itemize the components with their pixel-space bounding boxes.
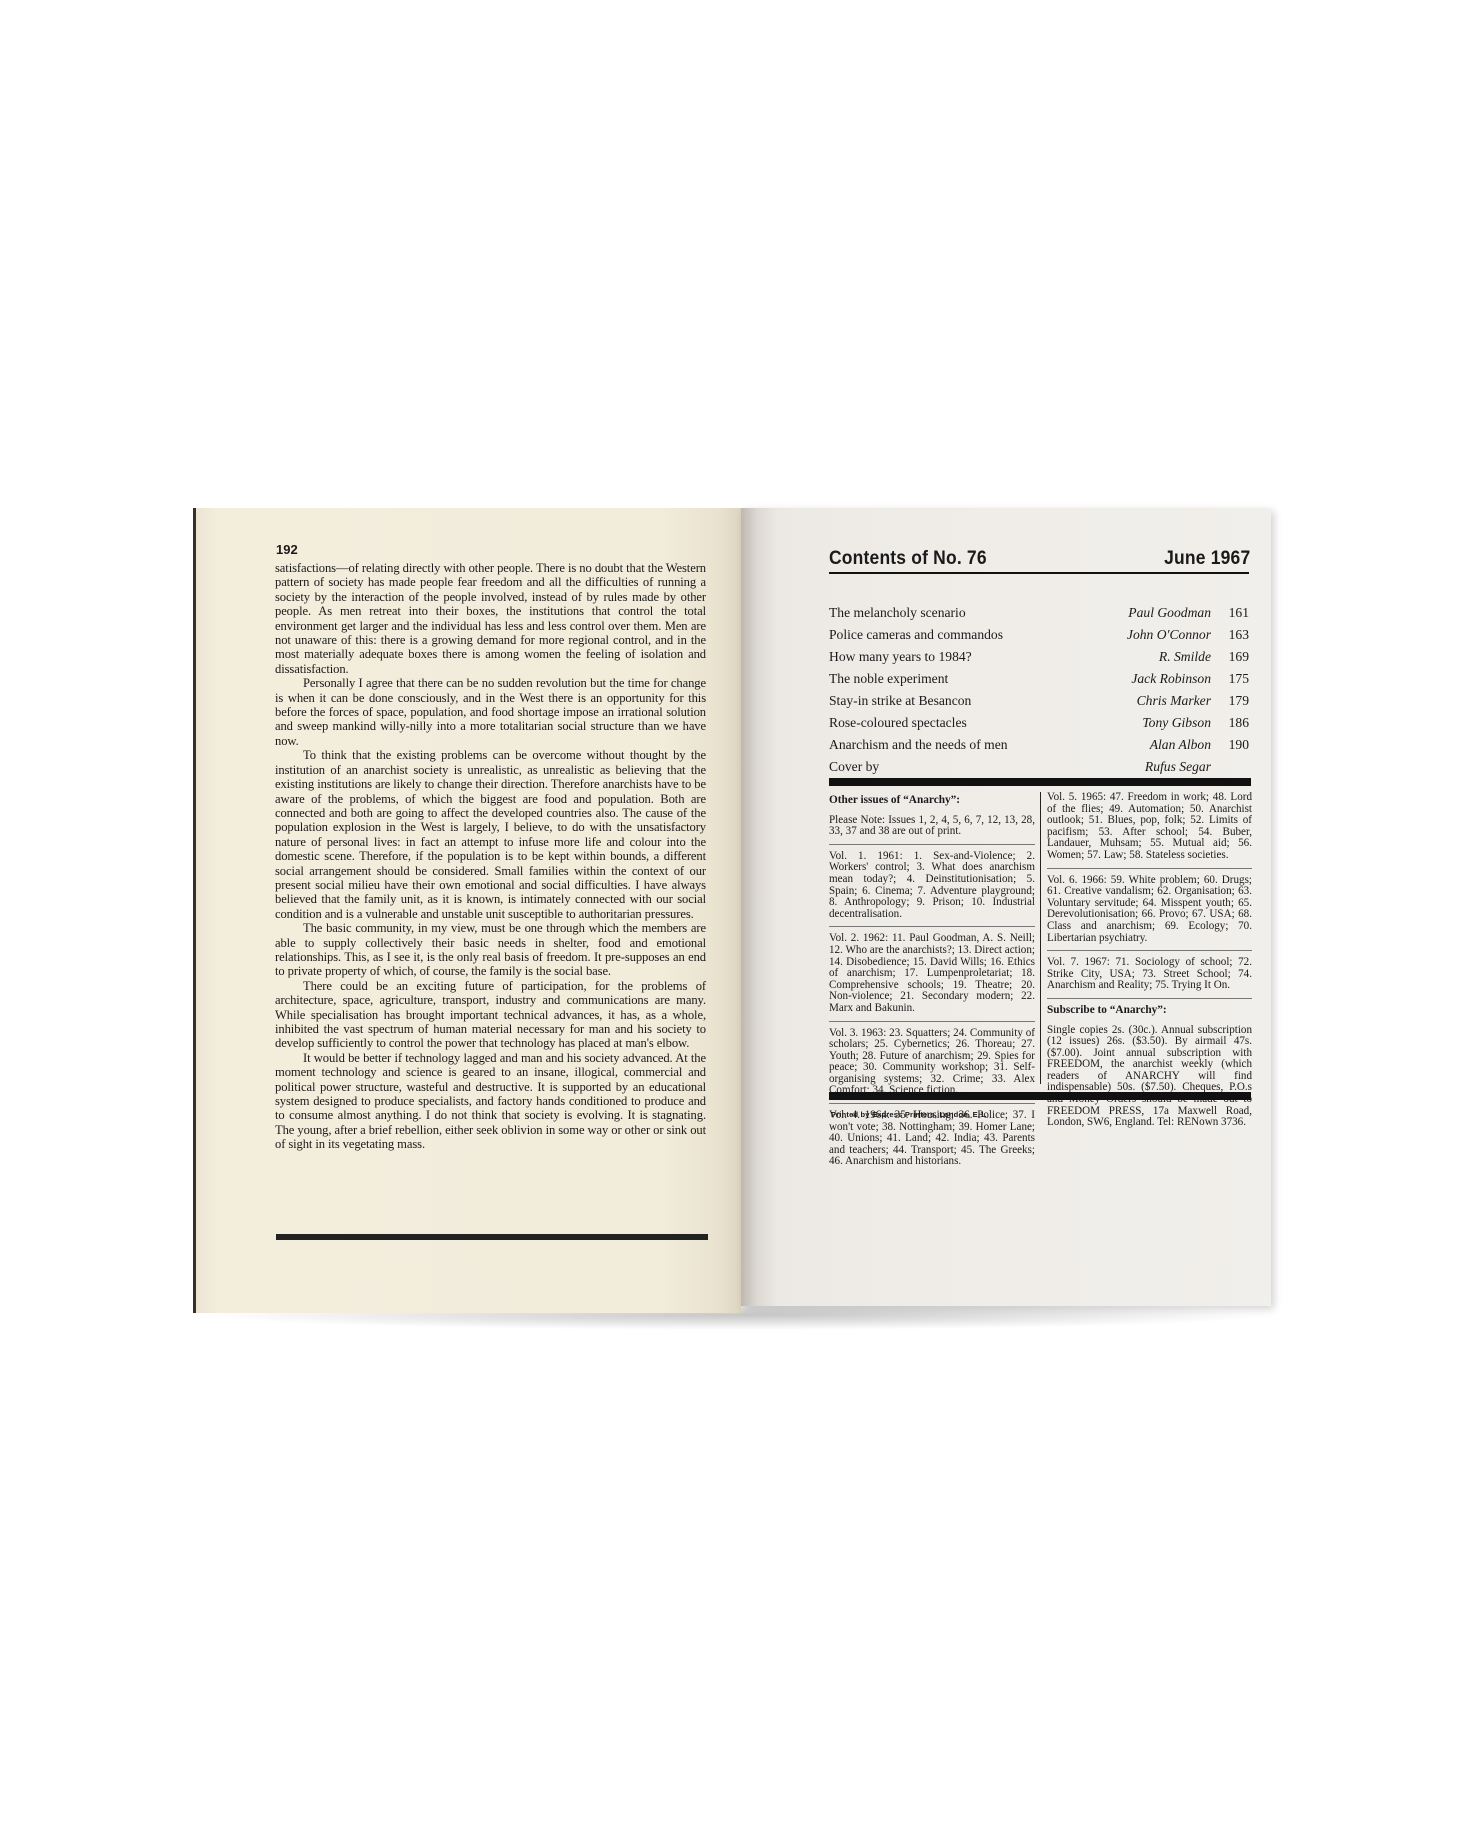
contents-row: How many years to 1984?R. Smilde169 bbox=[829, 649, 1249, 671]
article-author: Tony Gibson bbox=[1079, 715, 1211, 731]
contents-row: Rose-coloured spectaclesTony Gibson186 bbox=[829, 715, 1249, 737]
article-author: Paul Goodman bbox=[1079, 605, 1211, 621]
article-page: 179 bbox=[1211, 693, 1249, 709]
contents-title: Contents of No. 76 bbox=[829, 548, 987, 570]
issue-date: June 1967 bbox=[1164, 548, 1250, 570]
article-author: Rufus Segar bbox=[1079, 759, 1211, 775]
end-rule bbox=[276, 1234, 708, 1240]
article-title: Rose-coloured spectacles bbox=[829, 715, 1079, 731]
contents-row: Stay-in strike at BesanconChris Marker17… bbox=[829, 693, 1249, 715]
article-page: 169 bbox=[1211, 649, 1249, 665]
article-page: 186 bbox=[1211, 715, 1249, 731]
contents-row: Police cameras and commandosJohn O'Conno… bbox=[829, 627, 1249, 649]
contents-list: The melancholy scenarioPaul Goodman161 P… bbox=[829, 605, 1249, 781]
paragraph: It would be better if technology lagged … bbox=[275, 1051, 706, 1152]
paragraph: There could be an exciting future of par… bbox=[275, 979, 706, 1051]
article-author: R. Smilde bbox=[1079, 649, 1211, 665]
out-of-print-note: Please Note: Issues 1, 2, 4, 5, 6, 7, 12… bbox=[829, 815, 1035, 845]
subscribe-heading: Subscribe to “Anarchy”: bbox=[1047, 1005, 1252, 1017]
left-page: 192 satisfactions—of relating directly w… bbox=[193, 508, 741, 1313]
subscribe-text: Single copies 2s. (30c.). Annual subscri… bbox=[1047, 1025, 1252, 1135]
article-page: 161 bbox=[1211, 605, 1249, 621]
contents-row: The noble experimentJack Robinson175 bbox=[829, 671, 1249, 693]
article-author: Chris Marker bbox=[1079, 693, 1211, 709]
volume-entry: Vol. 4. 1964: 35. Housing; 36. Police; 3… bbox=[829, 1110, 1035, 1174]
article-author: John O'Connor bbox=[1079, 627, 1211, 643]
other-issues-column-left: Other issues of “Anarchy”: Please Note: … bbox=[829, 792, 1035, 1180]
contents-row: The melancholy scenarioPaul Goodman161 bbox=[829, 605, 1249, 627]
other-issues-column-right: Vol. 5. 1965: 47. Freedom in work; 48. L… bbox=[1047, 792, 1252, 1141]
article-author: Alan Albon bbox=[1079, 737, 1211, 753]
volume-entry: Vol. 1. 1961: 1. Sex-and-Violence; 2. Wo… bbox=[829, 851, 1035, 928]
footer-rule bbox=[829, 1092, 1251, 1100]
article-page: 163 bbox=[1211, 627, 1249, 643]
paragraph: The basic community, in my view, must be… bbox=[275, 921, 706, 979]
paragraph: satisfactions—of relating directly with … bbox=[275, 561, 706, 676]
article-title: Police cameras and commandos bbox=[829, 627, 1079, 643]
article-title: The noble experiment bbox=[829, 671, 1079, 687]
right-page: Contents of No. 76 June 1967 The melanch… bbox=[741, 508, 1271, 1306]
column-divider bbox=[1040, 792, 1041, 1084]
printer-credit: Printed by Express Printers, London, E.1… bbox=[831, 1110, 987, 1119]
volume-entry: Vol. 2. 1962: 11. Paul Goodman, A. S. Ne… bbox=[829, 933, 1035, 1021]
other-issues-heading: Other issues of “Anarchy”: bbox=[829, 795, 1035, 807]
paragraph: Personally I agree that there can be no … bbox=[275, 676, 706, 748]
volume-entry: Vol. 7. 1967: 71. Sociology of school; 7… bbox=[1047, 957, 1252, 999]
volume-entry: Vol. 6. 1966: 59. White problem; 60. Dru… bbox=[1047, 875, 1252, 952]
header-rule bbox=[829, 572, 1249, 574]
article-title: Cover by bbox=[829, 759, 1079, 775]
volume-entry: Vol. 5. 1965: 47. Freedom in work; 48. L… bbox=[1047, 792, 1252, 869]
article-body: satisfactions—of relating directly with … bbox=[275, 561, 706, 1152]
article-title: The melancholy scenario bbox=[829, 605, 1079, 621]
contents-row: Anarchism and the needs of menAlan Albon… bbox=[829, 737, 1249, 759]
open-magazine: 192 satisfactions—of relating directly w… bbox=[193, 508, 1271, 1313]
article-page: 190 bbox=[1211, 737, 1249, 753]
article-title: Anarchism and the needs of men bbox=[829, 737, 1079, 753]
article-title: How many years to 1984? bbox=[829, 649, 1079, 665]
page-number: 192 bbox=[276, 542, 298, 557]
article-author: Jack Robinson bbox=[1079, 671, 1211, 687]
article-page: 175 bbox=[1211, 671, 1249, 687]
section-rule bbox=[829, 778, 1251, 786]
article-title: Stay-in strike at Besancon bbox=[829, 693, 1079, 709]
paragraph: To think that the existing problems can … bbox=[275, 748, 706, 921]
contents-header: Contents of No. 76 June 1967 bbox=[829, 548, 1250, 570]
